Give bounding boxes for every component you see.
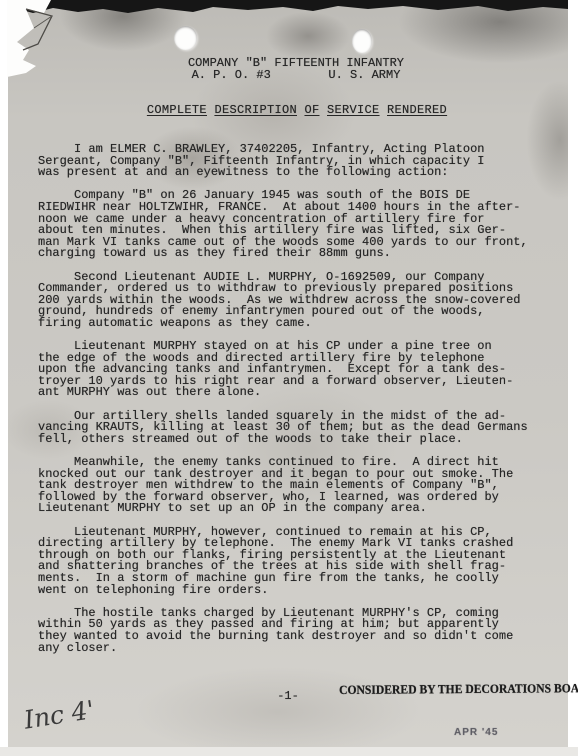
text-line: fell, others streamed out of the woods t… xyxy=(38,434,550,446)
decorations-board-stamp: CONSIDERED BY THE DECORATIONS BOARD xyxy=(339,681,578,698)
title-word: OF xyxy=(304,103,319,117)
text-line: ant MURPHY was out there alone. xyxy=(38,387,550,399)
text-line: went on telephoning fire orders. xyxy=(38,585,550,597)
title-word: RENDERED xyxy=(387,103,447,117)
unit-heading-line2: A. P. O. #3 U. S. ARMY xyxy=(24,69,568,81)
document-title: COMPLETE DESCRIPTION OF SERVICE RENDERED xyxy=(8,103,568,117)
paragraph: The hostile tanks charged by Lieutenant … xyxy=(38,608,550,654)
scanned-page: COMPANY "B" FIFTEENTH INFANTRY A. P. O. … xyxy=(0,0,578,756)
paragraph: Our artillery shells landed squarely in … xyxy=(38,411,550,446)
text-line: any closer. xyxy=(38,643,550,655)
title-word: DESCRIPTION xyxy=(214,103,297,117)
text-line: Lieutenant MURPHY to set up an OP in the… xyxy=(38,503,550,515)
punch-hole-left xyxy=(174,26,197,50)
text-line: firing automatic weapons as they came. xyxy=(38,318,550,330)
paper-sheet: COMPANY "B" FIFTEENTH INFANTRY A. P. O. … xyxy=(8,0,568,747)
date-stamp: APR '45 xyxy=(454,727,498,738)
text-line: charging toward us as they fired their 8… xyxy=(38,248,550,260)
letterhead: COMPANY "B" FIFTEENTH INFANTRY A. P. O. … xyxy=(8,57,568,81)
paragraph: Company "B" on 26 January 1945 was south… xyxy=(38,190,550,260)
punch-hole-right xyxy=(352,29,372,53)
title-word: COMPLETE xyxy=(147,103,207,117)
scanner-background xyxy=(0,747,578,756)
paragraph: Lieutenant MURPHY stayed on at his CP un… xyxy=(38,341,550,399)
paragraph: Meanwhile, the enemy tanks continued to … xyxy=(38,457,550,515)
paragraph: Second Lieutenant AUDIE L. MURPHY, O-169… xyxy=(38,272,550,330)
text-line: was present at and an eyewitness to the … xyxy=(38,167,550,179)
paragraph: I am ELMER C. BRAWLEY, 37402205, Infantr… xyxy=(38,144,550,179)
document-body: I am ELMER C. BRAWLEY, 37402205, Infantr… xyxy=(38,144,550,666)
title-word: SERVICE xyxy=(327,103,380,117)
torn-top-edge xyxy=(8,0,568,18)
paragraph: Lieutenant MURPHY, however, continued to… xyxy=(38,527,550,597)
